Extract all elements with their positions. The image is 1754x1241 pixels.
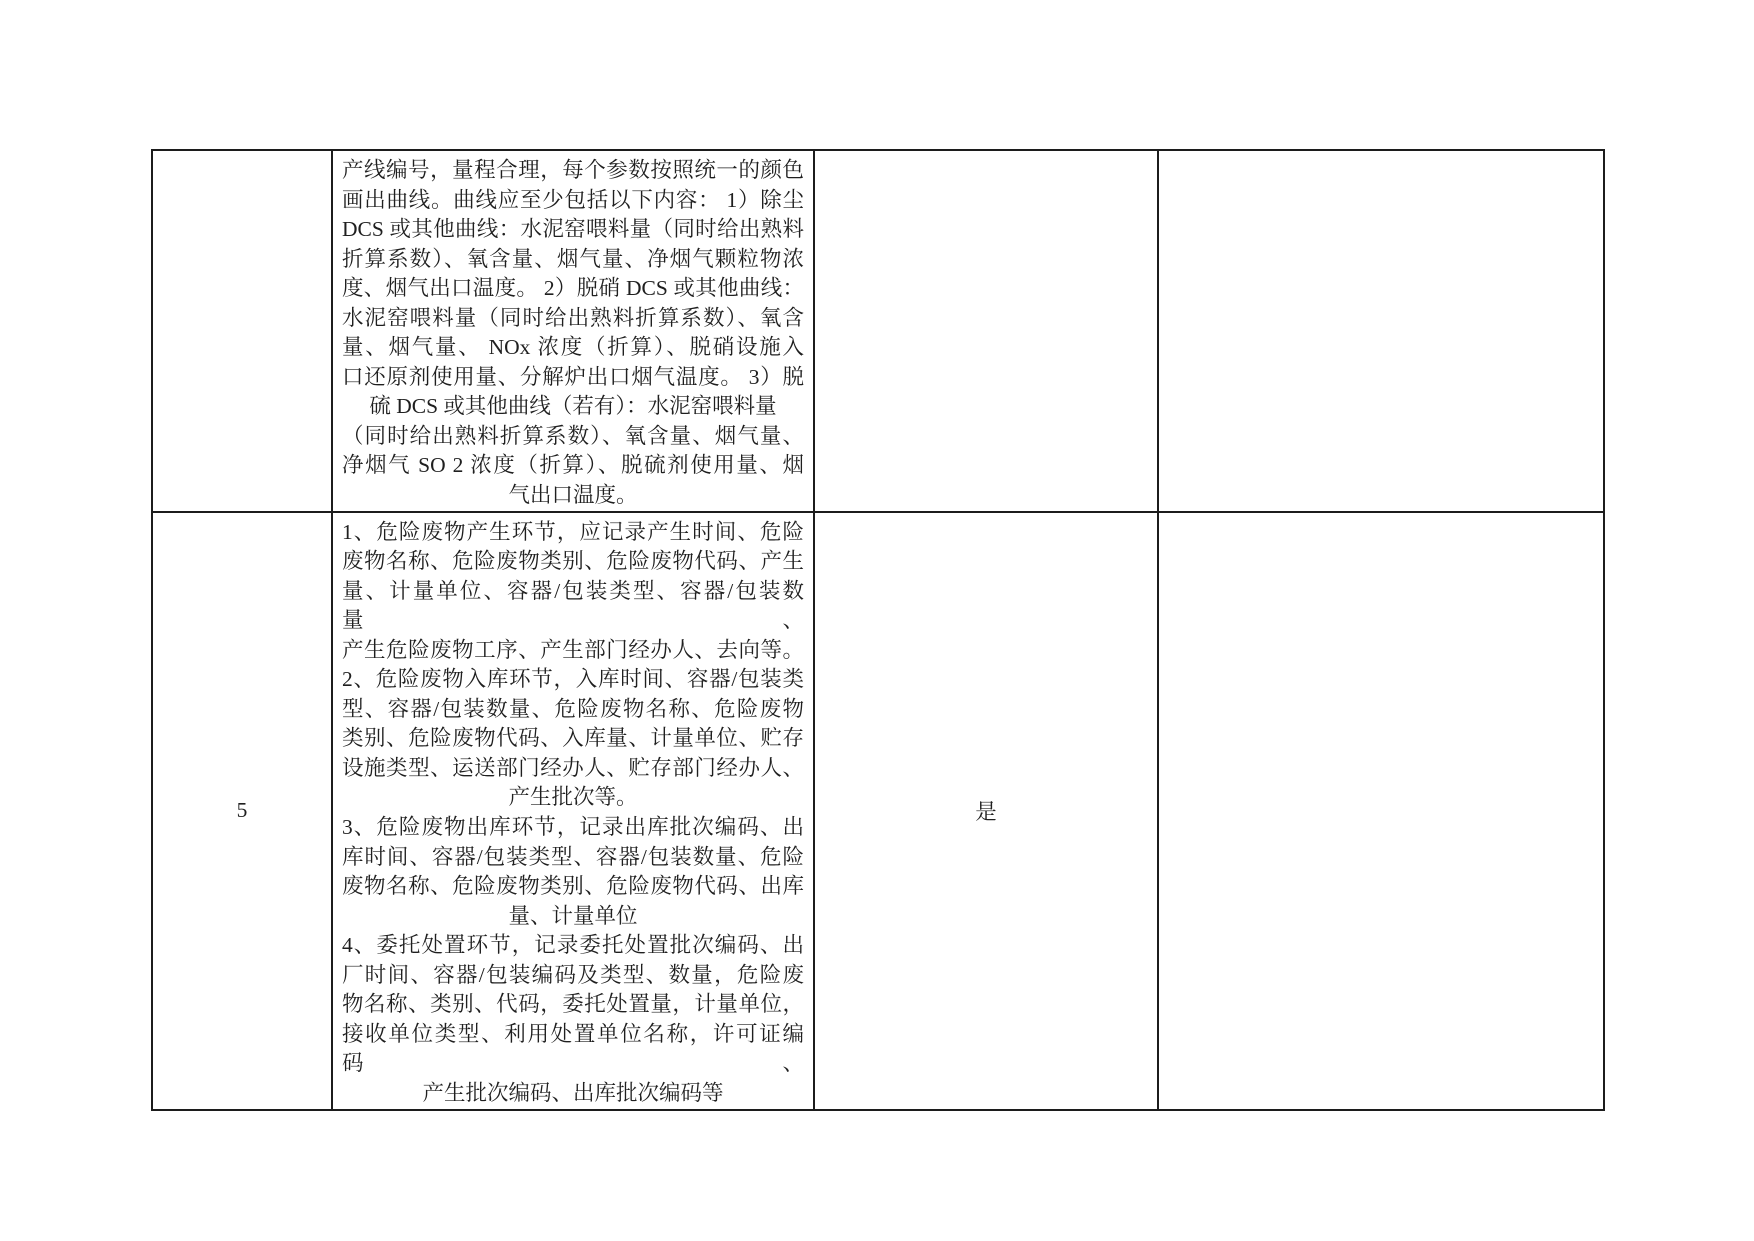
- text-line: 产线编号，量程合理，每个参数按照统一的颜色: [342, 156, 804, 186]
- text-line: 画出曲线。曲线应至少包括以下内容： 1）除尘: [342, 186, 804, 216]
- text-line: 量、烟气量、 NOx 浓度（折算）、脱硝设施入: [342, 333, 804, 363]
- content-cell: 1、危险废物产生环节，应记录产生时间、危险废物名称、危险废物类别、危险废物代码、…: [332, 512, 814, 1110]
- document-page: 产线编号，量程合理，每个参数按照统一的颜色画出曲线。曲线应至少包括以下内容： 1…: [0, 0, 1754, 1241]
- text-line: 设施类型、运送部门经办人、贮存部门经办人、: [342, 754, 804, 784]
- content-text-block: 产线编号，量程合理，每个参数按照统一的颜色画出曲线。曲线应至少包括以下内容： 1…: [333, 151, 813, 511]
- row-index-cell: [152, 150, 332, 512]
- row-index: 5: [237, 798, 248, 822]
- content-text-block: 1、危险废物产生环节，应记录产生时间、危险废物名称、危险废物类别、危险废物代码、…: [333, 513, 813, 1109]
- table-row-item-5: 5 1、危险废物产生环节，应记录产生时间、危险废物名称、危险废物类别、危险废物代…: [152, 512, 1604, 1110]
- text-line: 气出口温度。: [342, 481, 804, 511]
- text-line: 度、烟气出口温度。 2）脱硝 DCS 或其他曲线：: [342, 274, 804, 304]
- remark-cell: [1158, 512, 1604, 1110]
- text-line: 库时间、容器/包装类型、容器/包装数量、危险: [342, 843, 804, 873]
- checklist-table: 产线编号，量程合理，每个参数按照统一的颜色画出曲线。曲线应至少包括以下内容： 1…: [151, 149, 1605, 1111]
- text-line: 2、危险废物入库环节，入库时间、容器/包装类: [342, 665, 804, 695]
- text-line: 口还原剂使用量、分解炉出口烟气温度。 3）脱: [342, 363, 804, 393]
- content-cell: 产线编号，量程合理，每个参数按照统一的颜色画出曲线。曲线应至少包括以下内容： 1…: [332, 150, 814, 512]
- row-index-cell: 5: [152, 512, 332, 1110]
- text-line: 废物名称、危险废物类别、危险废物代码、产生: [342, 547, 804, 577]
- text-line: 类别、危险废物代码、入库量、计量单位、贮存: [342, 724, 804, 754]
- text-line: 产生危险废物工序、产生部门经办人、去向等。: [342, 636, 804, 666]
- table-row-continuation: 产线编号，量程合理，每个参数按照统一的颜色画出曲线。曲线应至少包括以下内容： 1…: [152, 150, 1604, 512]
- text-line: 硫 DCS 或其他曲线（若有）：水泥窑喂料量: [342, 392, 804, 422]
- remark-cell: [1158, 150, 1604, 512]
- text-line: 厂时间、容器/包装编码及类型、数量，危险废: [342, 961, 804, 991]
- text-line: 产生批次等。: [342, 783, 804, 813]
- text-line: 物名称、类别、代码，委托处置量，计量单位，: [342, 990, 804, 1020]
- text-line: 量、计量单位: [342, 902, 804, 932]
- text-line: 1、危险废物产生环节，应记录产生时间、危险: [342, 518, 804, 548]
- text-line: 水泥窑喂料量（同时给出熟料折算系数）、氧含: [342, 304, 804, 334]
- text-line: 产生批次编码、出库批次编码等: [342, 1079, 804, 1109]
- text-line: 4、委托处置环节，记录委托处置批次编码、出: [342, 931, 804, 961]
- text-line: 3、危险废物出库环节，记录出库批次编码、出: [342, 813, 804, 843]
- compliance-cell: [814, 150, 1158, 512]
- text-line: 接收单位类型、利用处置单位名称，许可证编码、: [342, 1020, 804, 1079]
- text-line: 折算系数）、氧含量、烟气量、净烟气颗粒物浓: [342, 245, 804, 275]
- compliance-value: 是: [975, 800, 997, 824]
- text-line: 量、计量单位、容器/包装类型、容器/包装数量、: [342, 577, 804, 636]
- compliance-cell: 是: [814, 512, 1158, 1110]
- text-line: DCS 或其他曲线：水泥窑喂料量（同时给出熟料: [342, 215, 804, 245]
- text-line: （同时给出熟料折算系数）、氧含量、烟气量、: [342, 422, 804, 452]
- text-line: 废物名称、危险废物类别、危险废物代码、出库: [342, 872, 804, 902]
- text-line: 型、容器/包装数量、危险废物名称、危险废物: [342, 695, 804, 725]
- text-line: 净烟气 SO 2 浓度（折算）、脱硫剂使用量、烟: [342, 451, 804, 481]
